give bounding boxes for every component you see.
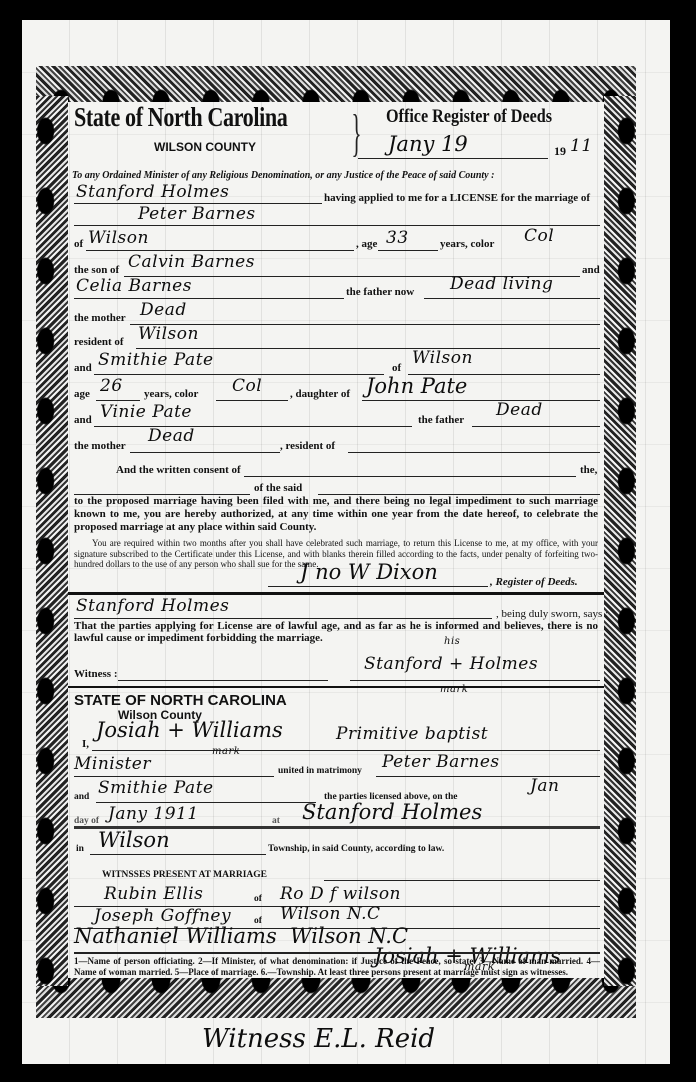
field-line (90, 854, 266, 855)
resident-of-label: , resident of (280, 440, 335, 452)
certificate-bride: Smithie Pate (98, 778, 214, 798)
field-line (74, 776, 274, 777)
field-line (94, 374, 384, 375)
field-line (136, 348, 600, 349)
field-line (92, 750, 600, 751)
bride-mother-status: Dead (148, 426, 195, 446)
field-line (244, 476, 576, 477)
groom-color: Col (524, 226, 554, 246)
age-label: age (74, 388, 90, 400)
witness-1-name: Rubin Ellis (104, 884, 203, 904)
field-line (118, 680, 328, 681)
field-line (362, 400, 600, 401)
bride-name: Smithie Pate (98, 350, 214, 370)
groom-father-status: Dead living (450, 274, 553, 294)
and-label: and (74, 362, 92, 374)
ornamental-border-top (36, 66, 636, 102)
witness-1-residence: Ro D f wilson (280, 884, 401, 904)
bride-age: 26 (100, 376, 123, 396)
bride-father: John Pate (366, 374, 467, 398)
sworn-label: , being duly sworn, says : (496, 608, 608, 620)
certificate-state-title: STATE OF NORTH CAROLINA (74, 692, 287, 709)
field-line (324, 880, 600, 881)
county-label: WILSON COUNTY (154, 140, 256, 154)
father-now-label: the father now (346, 286, 414, 298)
bottom-witness-signature: Witness E.L. Reid (202, 1024, 435, 1054)
consent-the-label: the, (580, 464, 597, 476)
in-label: in (76, 844, 84, 854)
bride-residence: Wilson (412, 348, 473, 368)
groom-name: Peter Barnes (138, 204, 256, 224)
ornamental-border-left (36, 96, 68, 986)
address-line: To any Ordained Minister of any Religiou… (72, 170, 494, 181)
field-line (378, 250, 438, 251)
age-label: , age (356, 238, 377, 250)
witness-label: Witness : (74, 668, 118, 680)
years-color-label: years, color (144, 388, 198, 400)
of-label: of (392, 362, 401, 374)
township-label: Township, in said County, according to l… (268, 844, 444, 854)
witness-2-name: Joseph Goffney (94, 906, 231, 926)
field-line (96, 802, 316, 803)
field-line (74, 225, 600, 226)
groom-mother-status: Dead (140, 300, 187, 320)
officiant-role: Primitive baptist (336, 724, 488, 744)
bride-mother: Vinie Pate (100, 402, 192, 422)
ornamental-border-bottom (36, 978, 636, 1018)
bride-color: Col (232, 376, 262, 396)
and-label: and (74, 414, 92, 426)
son-of-label: the son of (74, 264, 119, 276)
ornamental-border-right (604, 96, 636, 986)
certificate-groom: Peter Barnes (382, 752, 500, 772)
field-line (74, 618, 492, 619)
header-brace: } (351, 108, 361, 160)
officiant-role-2: Minister (74, 754, 151, 774)
marriage-place: Stanford Holmes (302, 800, 482, 824)
i-label: I, (82, 738, 89, 750)
affidavit-statement: That the parties applying for License ar… (74, 620, 598, 644)
marriage-month-year: Jany 1911 (108, 804, 199, 824)
marriage-day: Jan (530, 776, 559, 796)
applied-text: having applied to me for a LICENSE for t… (324, 192, 590, 204)
field-line (216, 400, 288, 401)
mother-label: the mother (74, 312, 126, 324)
field-line (96, 400, 140, 401)
witness-3-name: Nathaniel Williams (74, 924, 277, 948)
register-signature: J no W Dixon (300, 560, 438, 584)
signature-line (268, 586, 488, 587)
field-line (94, 426, 412, 427)
officiant-name: Josiah + Williams (96, 718, 283, 742)
the-mother-label: the mother (74, 440, 126, 452)
field-line (424, 298, 600, 299)
state-title: State of North Carolina (74, 102, 287, 133)
footnote: 1—Name of person officiating. 2—If Minis… (74, 956, 600, 977)
of-the-said-label: of the said (254, 482, 302, 494)
footnote-divider (74, 952, 600, 954)
field-line (130, 324, 600, 325)
and-label: and (74, 792, 89, 802)
section-divider (68, 592, 604, 595)
bride-father-status: Dead (496, 400, 543, 420)
field-line (86, 250, 354, 251)
field-line (74, 298, 344, 299)
signature-line (350, 680, 600, 681)
groom-residence: Wilson (88, 228, 149, 248)
field-line (472, 426, 600, 427)
groom-age: 33 (386, 228, 409, 248)
consent-label: And the written consent of (116, 464, 241, 476)
affiant-name: Stanford Holmes (76, 596, 229, 616)
resident-of-label: resident of (74, 336, 124, 348)
witness-2-residence: Wilson N.C (280, 904, 381, 924)
year-suffix: 11 (570, 136, 593, 156)
groom-father: Calvin Barnes (128, 252, 255, 272)
register-label: , Register of Deeds. (490, 576, 578, 588)
year-prefix: 19 (554, 144, 566, 159)
years-color-label: years, color (440, 238, 494, 250)
marriage-township: Wilson (98, 828, 170, 852)
groom-parents-residence: Wilson (138, 324, 199, 344)
witnesses-header: WITNSSES PRESENT AT MARRIAGE (102, 870, 267, 880)
license-date: Jany 19 (388, 132, 468, 156)
the-father-label: the father (418, 414, 464, 426)
affiant-signature: Stanford + Holmes (364, 654, 538, 674)
field-line (130, 452, 280, 453)
his-mark-label: his (444, 636, 460, 647)
united-label: united in matrimony (278, 766, 362, 776)
authorization-text: to the proposed marriage having been fil… (74, 495, 598, 534)
at-label: at (272, 816, 280, 826)
groom-mother: Celia Barnes (76, 276, 192, 296)
mark-label: mark (212, 746, 240, 757)
and-label: and (582, 264, 600, 276)
field-line (376, 776, 600, 777)
applicant-name: Stanford Holmes (76, 182, 229, 202)
daughter-of-label: , daughter of (290, 388, 350, 400)
section-divider (68, 686, 604, 688)
license-form: State of North Carolina } WILSON COUNTY … (68, 102, 604, 978)
of-label: of (254, 894, 262, 904)
field-line (348, 452, 600, 453)
office-title: Office Register of Deeds (386, 106, 552, 128)
date-line (358, 158, 548, 159)
day-of-label: day of (74, 816, 99, 826)
of-label: of (74, 238, 83, 250)
